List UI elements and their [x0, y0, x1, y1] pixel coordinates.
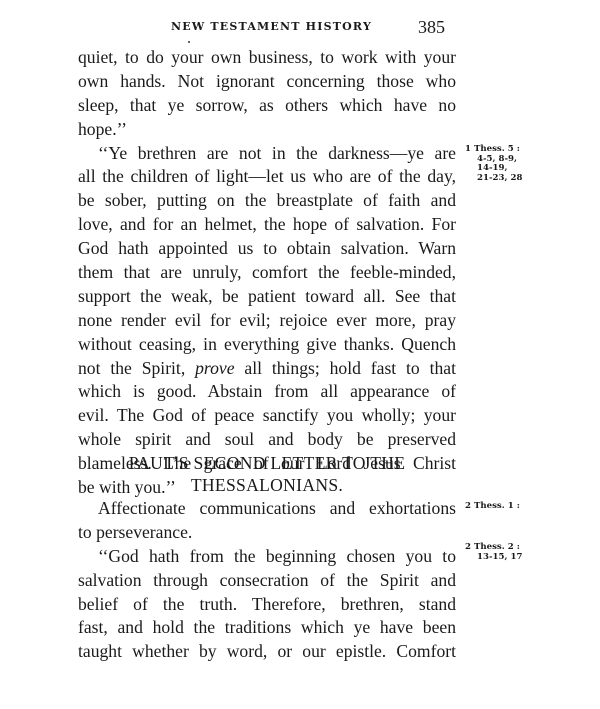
text-line: Affectionate communications and exhortat… — [78, 497, 456, 521]
body-paragraphs-1: quiet, to do your own business, to work … — [78, 46, 456, 500]
text-segment: not the Spirit, — [78, 358, 195, 378]
text-line: ‘‘Ye brethren are not in the darkness—ye… — [78, 142, 456, 166]
text-line: support the weak, be patient toward all.… — [78, 285, 456, 309]
margin-note-2-thess-1: 2 Thess. 1 : — [465, 502, 520, 512]
running-title: NEW TESTAMENT HISTORY — [171, 20, 372, 33]
print-speck — [188, 41, 190, 43]
text-line: all the children of light—let us who are… — [78, 165, 456, 189]
text-line: sleep, that ye sorrow, as others which h… — [78, 94, 456, 118]
text-line: which is good. Abstain from all appearan… — [78, 380, 456, 404]
text-line: be sober, putting on the breastplate of … — [78, 189, 456, 213]
text-line: evil. The God of peace sanctify you whol… — [78, 404, 456, 428]
text-line: whole spirit and soul and body be preser… — [78, 428, 456, 452]
text-line: quiet, to do your own business, to work … — [78, 46, 456, 70]
margin-note-ref: 2 Thess. 2 : — [465, 542, 520, 552]
italic-word: prove — [195, 358, 234, 378]
margin-note-verses: 21-23, 28 — [465, 174, 522, 184]
heading-line-2: THESSALONIANS. — [78, 474, 456, 496]
text-line: them that are unruly, comfort the feeble… — [78, 261, 456, 285]
page-number: 385 — [418, 17, 445, 38]
text-line: none render evil for evil; rejoice ever … — [78, 309, 456, 333]
text-line: salvation through consecration of the Sp… — [78, 569, 456, 593]
margin-note-verses: 13-15, 17 — [465, 553, 522, 563]
text-line: fast, and hold the traditions which ye h… — [78, 616, 456, 640]
section-heading: PAUL’S SECOND LETTER TO THE THESSALONIAN… — [78, 452, 456, 496]
text-line: hope.’’ — [78, 118, 456, 142]
margin-note-ref: 2 Thess. 1 : — [465, 501, 520, 511]
text-line: to perseverance. — [78, 521, 456, 545]
text-line: love, and for an helmet, the hope of sal… — [78, 213, 456, 237]
margin-note-ref: 1 Thess. 5 : — [465, 144, 520, 154]
text-line: belief of the truth. Therefore, brethren… — [78, 593, 456, 617]
text-line: own hands. Not ignorant concerning those… — [78, 70, 456, 94]
text-line: without ceasing, in everything give than… — [78, 333, 456, 357]
margin-note-1-thess-5: 1 Thess. 5 : 4-5, 8-9, 14-19, 21-23, 28 — [465, 145, 522, 183]
margin-note-2-thess-2: 2 Thess. 2 : 13-15, 17 — [465, 543, 522, 562]
text-line: taught whether by word, or our epistle. … — [78, 640, 456, 664]
text-segment: all things; hold fast to that — [235, 358, 456, 378]
text-line: God hath appointed us to obtain salvatio… — [78, 237, 456, 261]
body-paragraphs-2: Affectionate communications and exhortat… — [78, 497, 456, 664]
text-line-with-italic: not the Spirit, prove all things; hold f… — [78, 357, 456, 381]
heading-line-1: PAUL’S SECOND LETTER TO THE — [78, 452, 456, 474]
running-header: NEW TESTAMENT HISTORY 385 — [0, 18, 600, 38]
text-line: ‘‘God hath from the beginning chosen you… — [78, 545, 456, 569]
